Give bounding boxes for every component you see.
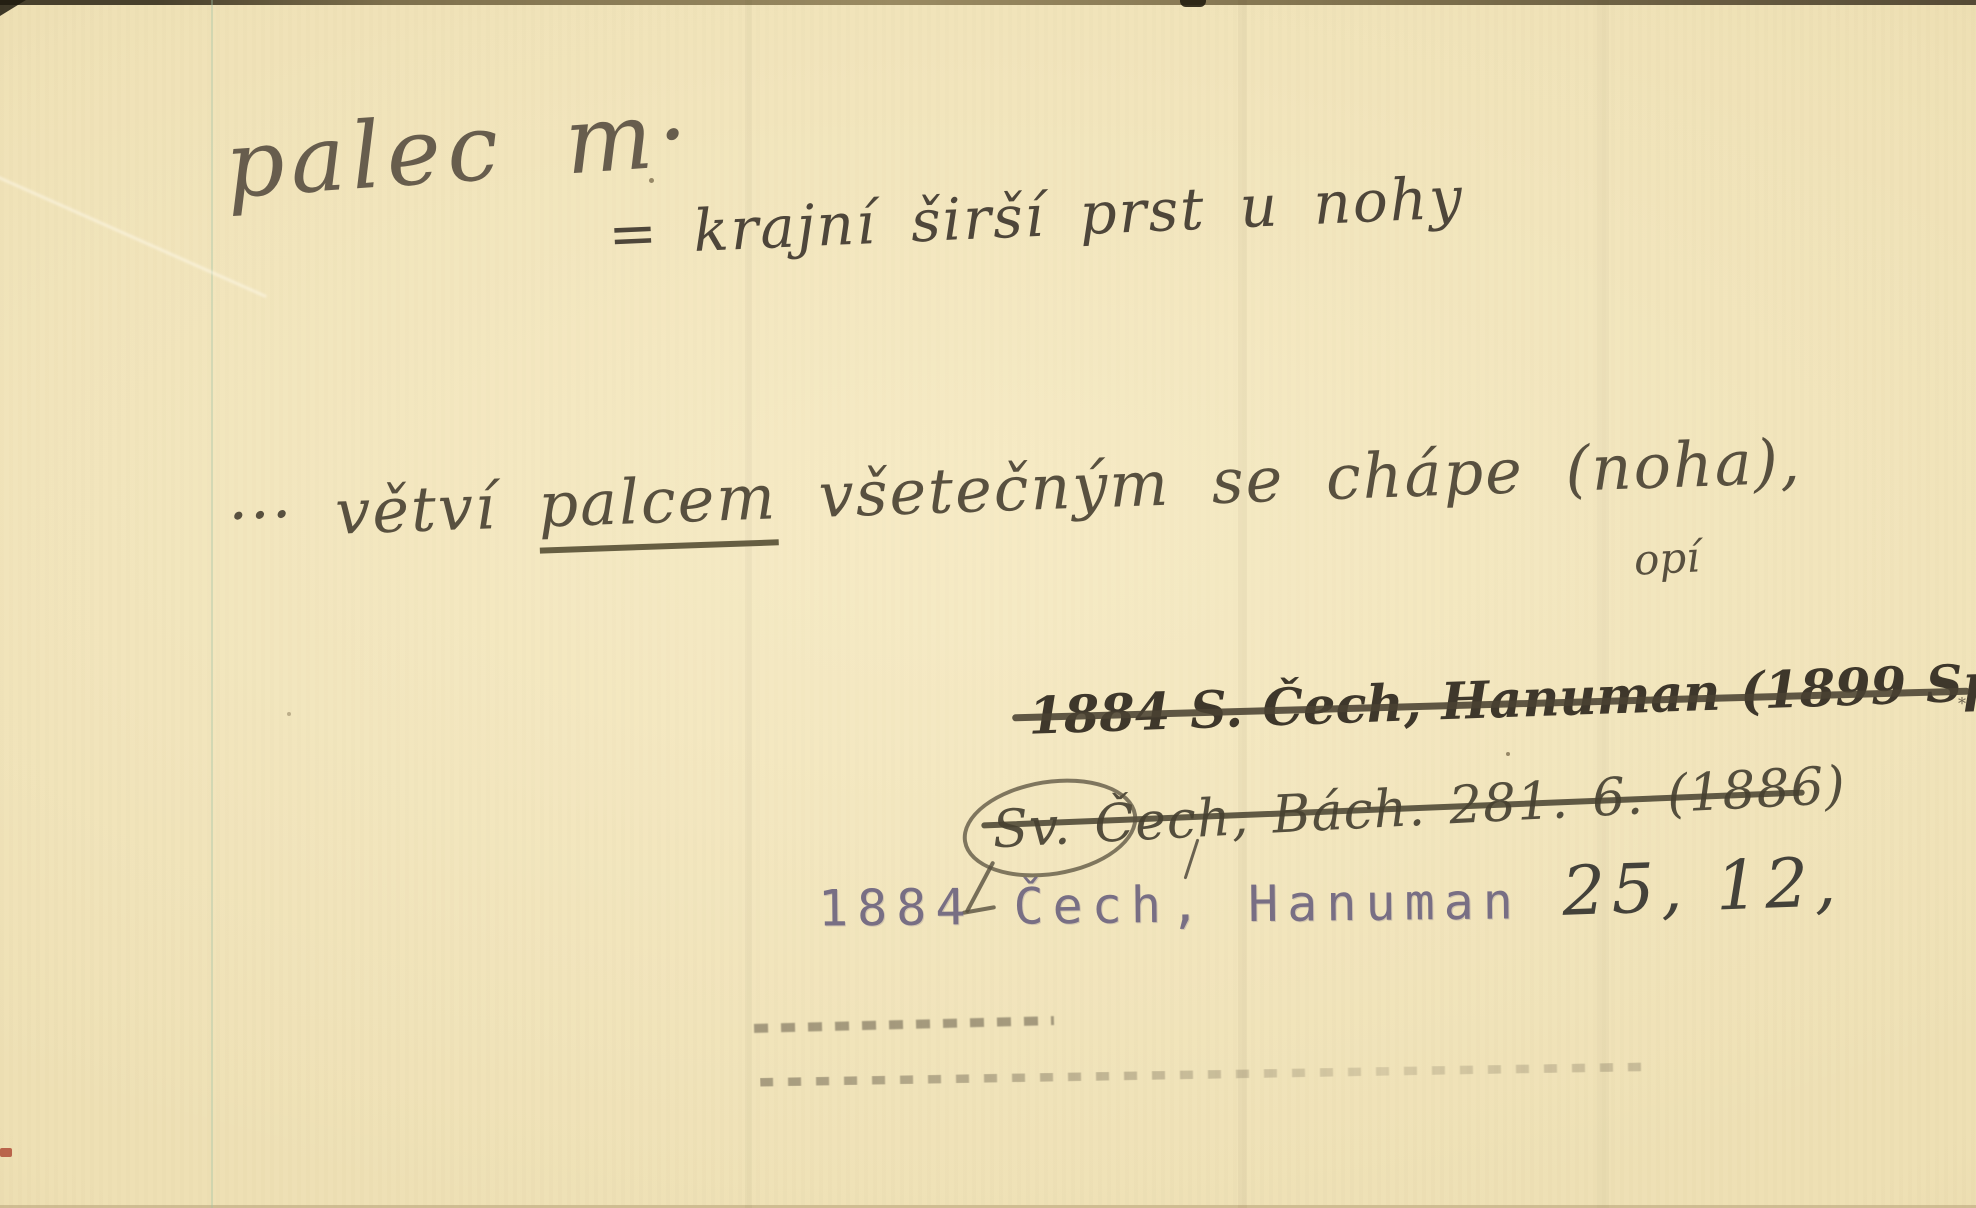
circle-annotation-mark xyxy=(956,767,1145,889)
paper-crease-line xyxy=(1597,0,1609,1208)
headword: palec m· xyxy=(222,80,697,219)
faded-dashed-line xyxy=(760,1062,1652,1087)
interlinear-insertion: opí xyxy=(1633,532,1701,584)
paper-speck xyxy=(1506,752,1510,756)
handwritten-page-reference: 25, 12, xyxy=(1561,843,1843,932)
faded-dashed-line xyxy=(754,1016,1054,1033)
quote-ellipsis: ··· xyxy=(227,477,295,552)
scanned-excerpt-slip: palec m· = krajní širší prst u nohy ··· … xyxy=(0,0,1976,1208)
quote-underlined-word: palcem xyxy=(537,460,779,553)
edge-asterisk-mark: * xyxy=(1958,694,1968,704)
paper-crease-line xyxy=(745,0,752,1208)
scan-top-notch-artifact xyxy=(1180,0,1206,7)
quotation-line: ··· větví palcem všetečným se chápe (noh… xyxy=(227,425,1803,553)
scan-top-edge-shadow xyxy=(0,0,1976,5)
definition-line: = krajní širší prst u nohy xyxy=(607,163,1465,268)
quote-text-before: větví xyxy=(334,470,498,549)
quote-text-after: všetečným se chápe (noha), xyxy=(817,425,1802,532)
red-fleck-artifact xyxy=(0,1148,12,1157)
date-author-stamp: 1884 Čech, Hanuman xyxy=(818,872,1522,937)
paper-speck xyxy=(287,712,291,716)
paper-crease-line xyxy=(211,0,213,1208)
